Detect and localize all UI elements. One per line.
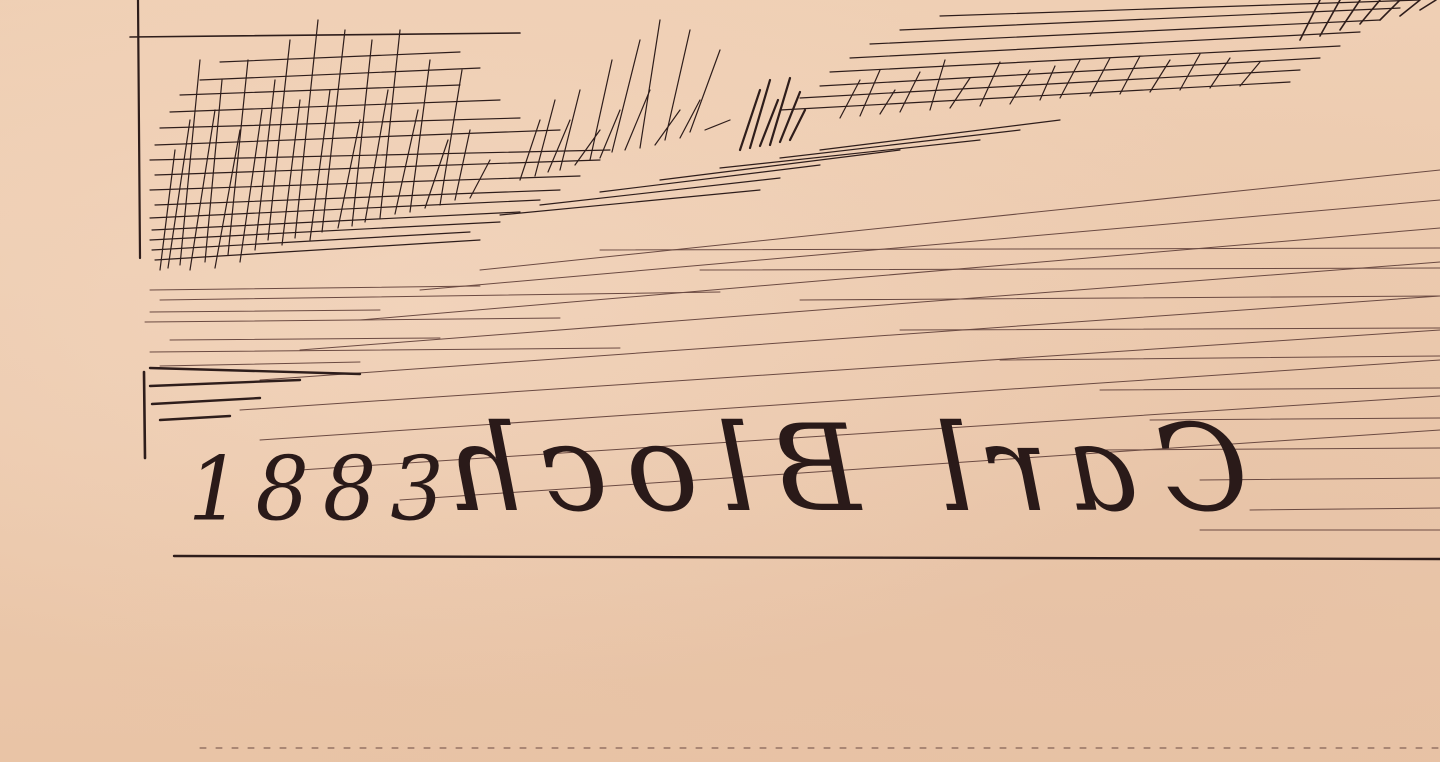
plate-bottom-edge xyxy=(174,556,1440,559)
artist-signature: Carl Bloch xyxy=(427,400,1248,539)
grass-bank xyxy=(150,0,1436,270)
date-inscription: 1883 xyxy=(188,438,458,541)
etching-artwork xyxy=(0,0,1440,762)
horizon-line xyxy=(130,33,520,37)
plate-left-edge-lower xyxy=(144,372,145,458)
plate-left-edge xyxy=(138,0,140,258)
